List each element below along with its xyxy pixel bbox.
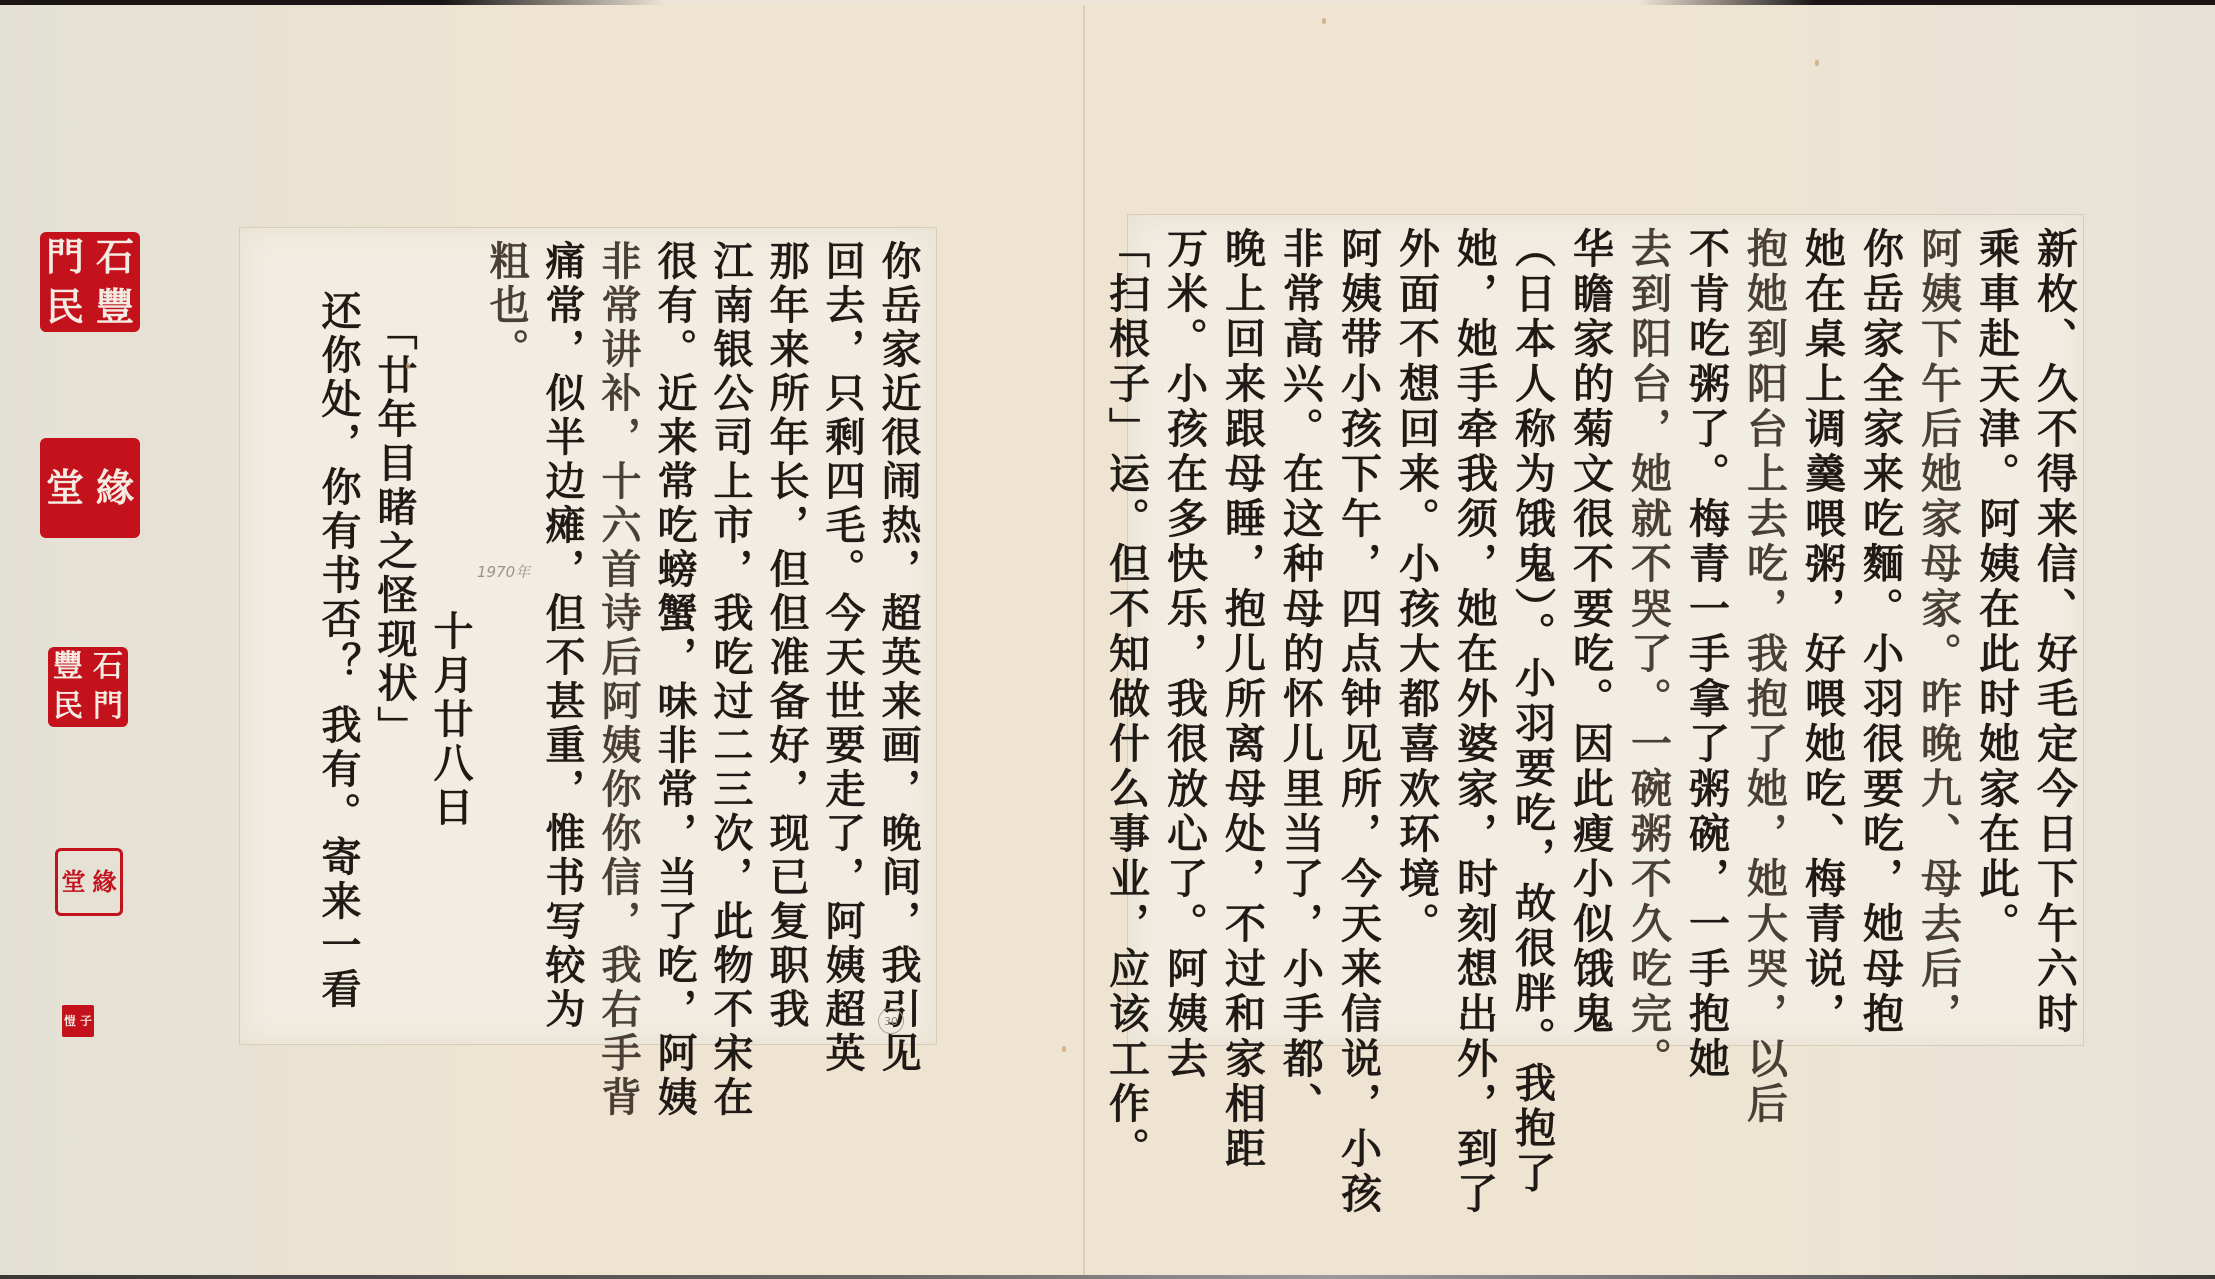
text-column: 痛常，似半边瘫，但不甚重，惟书写较为 [534, 240, 590, 1056]
text-column: 她，她手牵我须，她在外婆家，时刻想出外，到了 [1445, 227, 1503, 1057]
seal-stamp: 堂 緣 [55, 848, 123, 916]
text-column: 晚上回来跟母睡，抱儿所离母处，不过和家相距 [1213, 227, 1271, 1057]
seal-char: 堂 [62, 870, 86, 894]
text-column: 江南银公司上市，我吃过二三次，此物不宋在 [702, 240, 758, 1056]
text-column: 很有。近来常吃螃蟹，味非常，当了吃，阿姨 [646, 240, 702, 1056]
seal-stamp: 豐 石 民 門 [48, 647, 128, 727]
paper-stain [1062, 1046, 1066, 1052]
text-column: 万米。小孩在多快乐，我很放心了。阿姨去 [1155, 227, 1213, 1057]
center-fold [1083, 5, 1085, 1275]
text-column: 粗也。 [478, 240, 534, 1056]
text-column: 她在桌上调羹喂粥，好喂她吃、梅青说， [1793, 227, 1851, 1057]
text-column: 「扫根子」运。但不知做什么事业，应该工作。 [1097, 227, 1155, 1057]
seal-char: 民 [53, 692, 83, 722]
text-column: 那年来所年长，但但准备好，现已复职我 [758, 240, 814, 1056]
text-column: 你岳家近很闹热，超英来画，晚间，我引见 [870, 240, 926, 1056]
seal-char: 石 [96, 238, 134, 276]
seal-char: 堂 [46, 469, 84, 507]
letter-page-left: 你岳家近很闹热，超英来画，晚间，我引见 回去，只剩四毛。今天世要走了，阿姨超英 … [240, 228, 936, 1044]
seal-char: 門 [46, 238, 84, 276]
paper-stain [406, 363, 410, 369]
text-column: 华瞻家的菊文很不要吃。因此瘦小似饿鬼 [1561, 227, 1619, 1057]
postscript-title: 「廿年目睹之怪现状」 [366, 310, 422, 1056]
text-column: 回去，只剩四毛。今天世要走了，阿姨超英 [814, 240, 870, 1056]
text-column: 抱她到阳台上去吃，我抱了她，她大哭，以后 [1735, 227, 1793, 1057]
pencil-annotation-year: 1970年 [477, 561, 530, 582]
paper-stain [1322, 18, 1326, 24]
text-column: 阿姨下午后她家母家。昨晚九、母去后， [1909, 227, 1967, 1057]
letter-date: 十月廿八日 [422, 610, 478, 1056]
letter-page-right: 新枚、久不得来信、好毛定今日下午六时 乘車赴天津。阿姨在此时她家在此。 阿姨下午… [1128, 215, 2083, 1045]
seal-char: 豐 [96, 288, 134, 326]
seal-char: 民 [46, 288, 84, 326]
text-columns: 你岳家近很闹热，超英来画，晚间，我引见 回去，只剩四毛。今天世要走了，阿姨超英 … [310, 240, 926, 1056]
seal-stamp-small: 愷 子 [62, 1005, 94, 1037]
seal-char: 緣 [96, 469, 134, 507]
text-column: 阿姨带小孩下午，四点钟见所，今天来信说，小孩 [1329, 227, 1387, 1057]
seal-char: 緣 [93, 870, 117, 894]
text-column: 新枚、久不得来信、好毛定今日下午六时 [2025, 227, 2083, 1057]
text-column: （日本人称为饿鬼）。小羽要吃，故很胖。我抱了 [1503, 227, 1561, 1057]
text-column: 非常讲补，十六首诗后阿姨你你信，我右手背 [590, 240, 646, 1056]
text-column: 不肯吃粥了。梅青一手拿了粥碗，一手抱她 [1677, 227, 1735, 1057]
seal-char: 門 [93, 692, 123, 722]
text-column: 非常高兴。在这种母的怀儿里当了，小手都、 [1271, 227, 1329, 1057]
text-columns: 新枚、久不得来信、好毛定今日下午六时 乘車赴天津。阿姨在此时她家在此。 阿姨下午… [1097, 227, 2083, 1057]
text-column: 乘車赴天津。阿姨在此时她家在此。 [1967, 227, 2025, 1057]
seal-stamp: 堂 緣 [40, 438, 140, 538]
seal-stamp: 門 石 民 豐 [40, 232, 140, 332]
postscript-line: 还你处，你有书否？ 我有。寄来一看 [310, 290, 366, 1056]
seal-char: 子 [80, 1015, 92, 1027]
seal-char: 石 [93, 652, 123, 682]
seal-char: 豐 [53, 652, 83, 682]
photo-bottom-edge [0, 1275, 2215, 1279]
text-column: 去到阳台，她就不哭了。一碗粥不久吃完。 [1619, 227, 1677, 1057]
seal-char: 愷 [64, 1015, 76, 1027]
text-column: 外面不想回来。小孩大都喜欢环境。 [1387, 227, 1445, 1057]
pencil-page-number: 30 [878, 1008, 904, 1034]
paper-stain [1815, 60, 1819, 66]
text-column: 你岳家全家来吃麵。小羽很要吃，她母抱 [1851, 227, 1909, 1057]
